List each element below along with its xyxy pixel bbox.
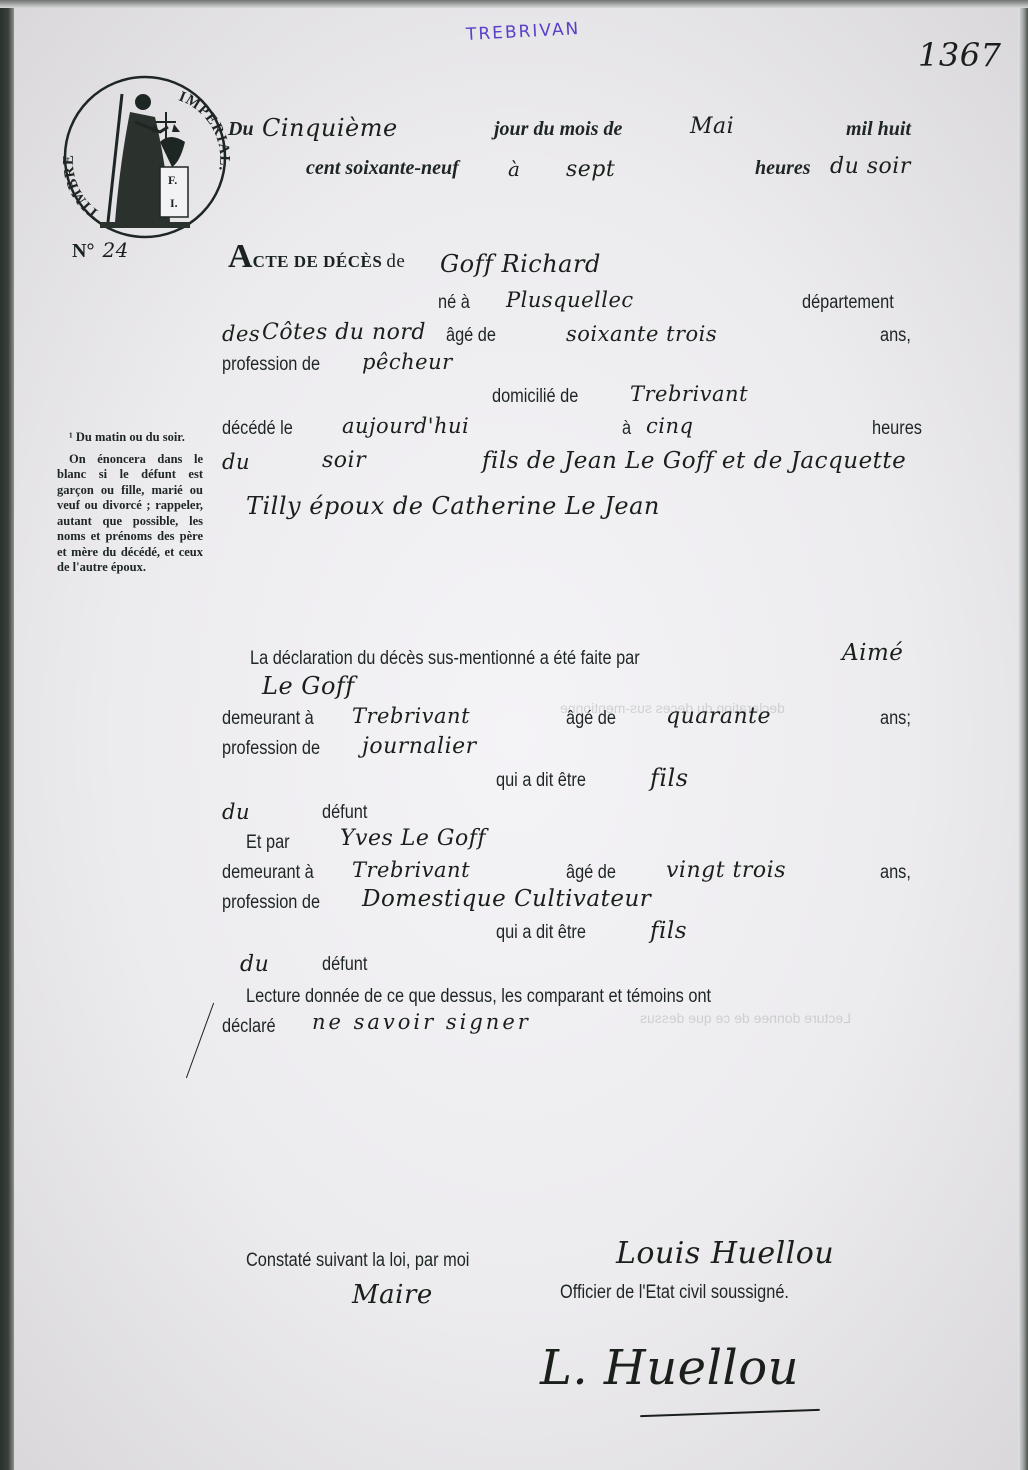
ans-label: ans, [880,325,911,347]
du-handwritten: du [222,450,250,474]
commune-annotation: TREBRIVAN [466,19,581,45]
date-year-print: cent soixante-neuf [306,157,459,180]
folio-number: 1367 [918,36,1001,74]
officer-print-label: Officier de l'Etat civil soussigné. [560,1282,789,1304]
margin-instruction-text: On énoncera dans le blanc si le défunt e… [57,452,203,576]
civil-record-page: declaration du deces sus-mentionne Lectu… [0,0,1028,1470]
ne-a-label: né à [438,292,470,314]
date-a-handwritten: à [508,157,520,181]
act-title-initial: A [228,238,253,275]
scan-top-edge [0,0,1028,8]
date-day-handwritten: Cinquième [262,114,398,142]
domicile-handwritten: Trebrivant [630,382,748,406]
declarant1-age-label: âgé de [566,708,616,730]
svg-text:F.: F. [168,173,177,187]
declarant2-relation-label: qui a dit être [496,922,586,944]
date-hour-handwritten: sept [566,157,615,182]
signature-flourish [640,1409,820,1417]
date-month-handwritten: Mai [690,114,734,139]
du2-handwritten: du [240,952,269,977]
declarant2-residence-handwritten: Trebrivant [352,858,470,882]
declarant1-age-handwritten: quarante [666,704,771,729]
declarant2-relation-handwritten: fils [650,918,687,944]
date-period-handwritten: du soir [830,154,911,179]
act-title: ACTE DE DÉCÈS de [228,238,405,276]
officer-name-handwritten: Louis Huellou [616,1236,834,1271]
et-par-label: Et par [246,832,290,854]
declarant1-profession-label: profession de [222,738,320,760]
constate-label: Constaté suivant la loi, par moi [246,1250,469,1272]
act-title-rest: CTE DE DÉCÈS [253,252,383,271]
date-mil-huit: mil huit [846,118,911,141]
heures-label: heures [872,418,922,440]
declarant1-relation-handwritten: fils [650,764,689,792]
margin-stroke [186,1003,214,1079]
declarant1-relation-label: qui a dit être [496,770,586,792]
death-hour-handwritten: cinq [646,414,693,438]
spouse-handwritten: Tilly époux de Catherine Le Jean [246,492,660,520]
declarant1-residence-handwritten: Trebrivant [352,704,470,728]
scan-right-edge [1018,0,1028,1470]
declarant2-profession-label: profession de [222,892,320,914]
bleed-through-text: Lecture donnee de ce que dessus [640,1010,851,1026]
declare-handwritten: ne savoir signer [312,1010,531,1034]
des-handwritten: des [222,322,260,346]
deceased-name-handwritten: Goff Richard [440,250,601,278]
departement-handwritten: Côtes du nord [262,320,426,345]
declarant1-demeurant-label: demeurant à [222,708,314,730]
birthplace-handwritten: Plusquellec [506,288,634,312]
death-date-handwritten: aujourd'hui [342,414,469,438]
age-handwritten: soixante trois [566,322,717,346]
declarant1-ans-label: ans; [880,708,911,730]
svg-text:I.: I. [170,196,178,210]
declarant2-age-handwritten: vingt trois [666,858,786,883]
age-label: âgé de [446,325,496,347]
margin-footnote: ¹ Du matin ou du soir. [57,430,203,446]
margin-instructions: ¹ Du matin ou du soir. On énoncera dans … [57,430,203,576]
defunt1-label: défunt [322,802,367,824]
domicile-label: domicilié de [492,386,578,408]
declarant1-profession-handwritten: journalier [362,734,477,759]
declarant1-firstname-handwritten: Aimé [842,640,903,666]
record-number: N° 24 [72,238,129,263]
filiation-handwritten: fils de Jean Le Goff et de Jacquette [482,448,906,474]
date-du: Du [228,118,254,141]
declarant2-name-handwritten: Yves Le Goff [340,826,486,851]
svg-text:TIMBRE: TIMBRE [61,154,103,222]
decede-le-label: décédé le [222,418,293,440]
defunt2-label: défunt [322,954,367,976]
act-title-de: de [386,251,405,272]
declarant2-demeurant-label: demeurant à [222,862,314,884]
declarant1-lastname-handwritten: Le Goff [262,672,355,700]
scan-left-edge [0,0,14,1470]
declarant2-ans-label: ans, [880,862,911,884]
declarant2-profession-handwritten: Domestique Cultivateur [362,886,651,912]
declarant2-age-label: âgé de [566,862,616,884]
record-number-label: N° [72,240,94,262]
du1-handwritten: du [222,800,250,824]
record-number-value: 24 [102,238,128,262]
officer-role-handwritten: Maire [352,1280,433,1310]
departement-label: département [802,292,894,314]
date-jour-label: jour du mois de [494,118,622,141]
a-label: à [622,418,631,440]
declare-label: déclaré [222,1016,276,1038]
profession-label: profession de [222,354,320,376]
imperial-stamp-icon: TIMBRE IMPERIAL. F. I. [60,72,230,242]
officer-signature: L. Huellou [540,1340,799,1396]
stamp-top-text: TIMBRE [61,154,103,222]
profession-handwritten: pêcheur [362,350,453,374]
declaration-intro: La déclaration du décès sus-mentionné a … [250,648,640,670]
date-heures-label: heures [755,157,811,180]
death-period-handwritten: soir [322,448,366,473]
reading-line: Lecture donnée de ce que dessus, les com… [246,986,711,1008]
